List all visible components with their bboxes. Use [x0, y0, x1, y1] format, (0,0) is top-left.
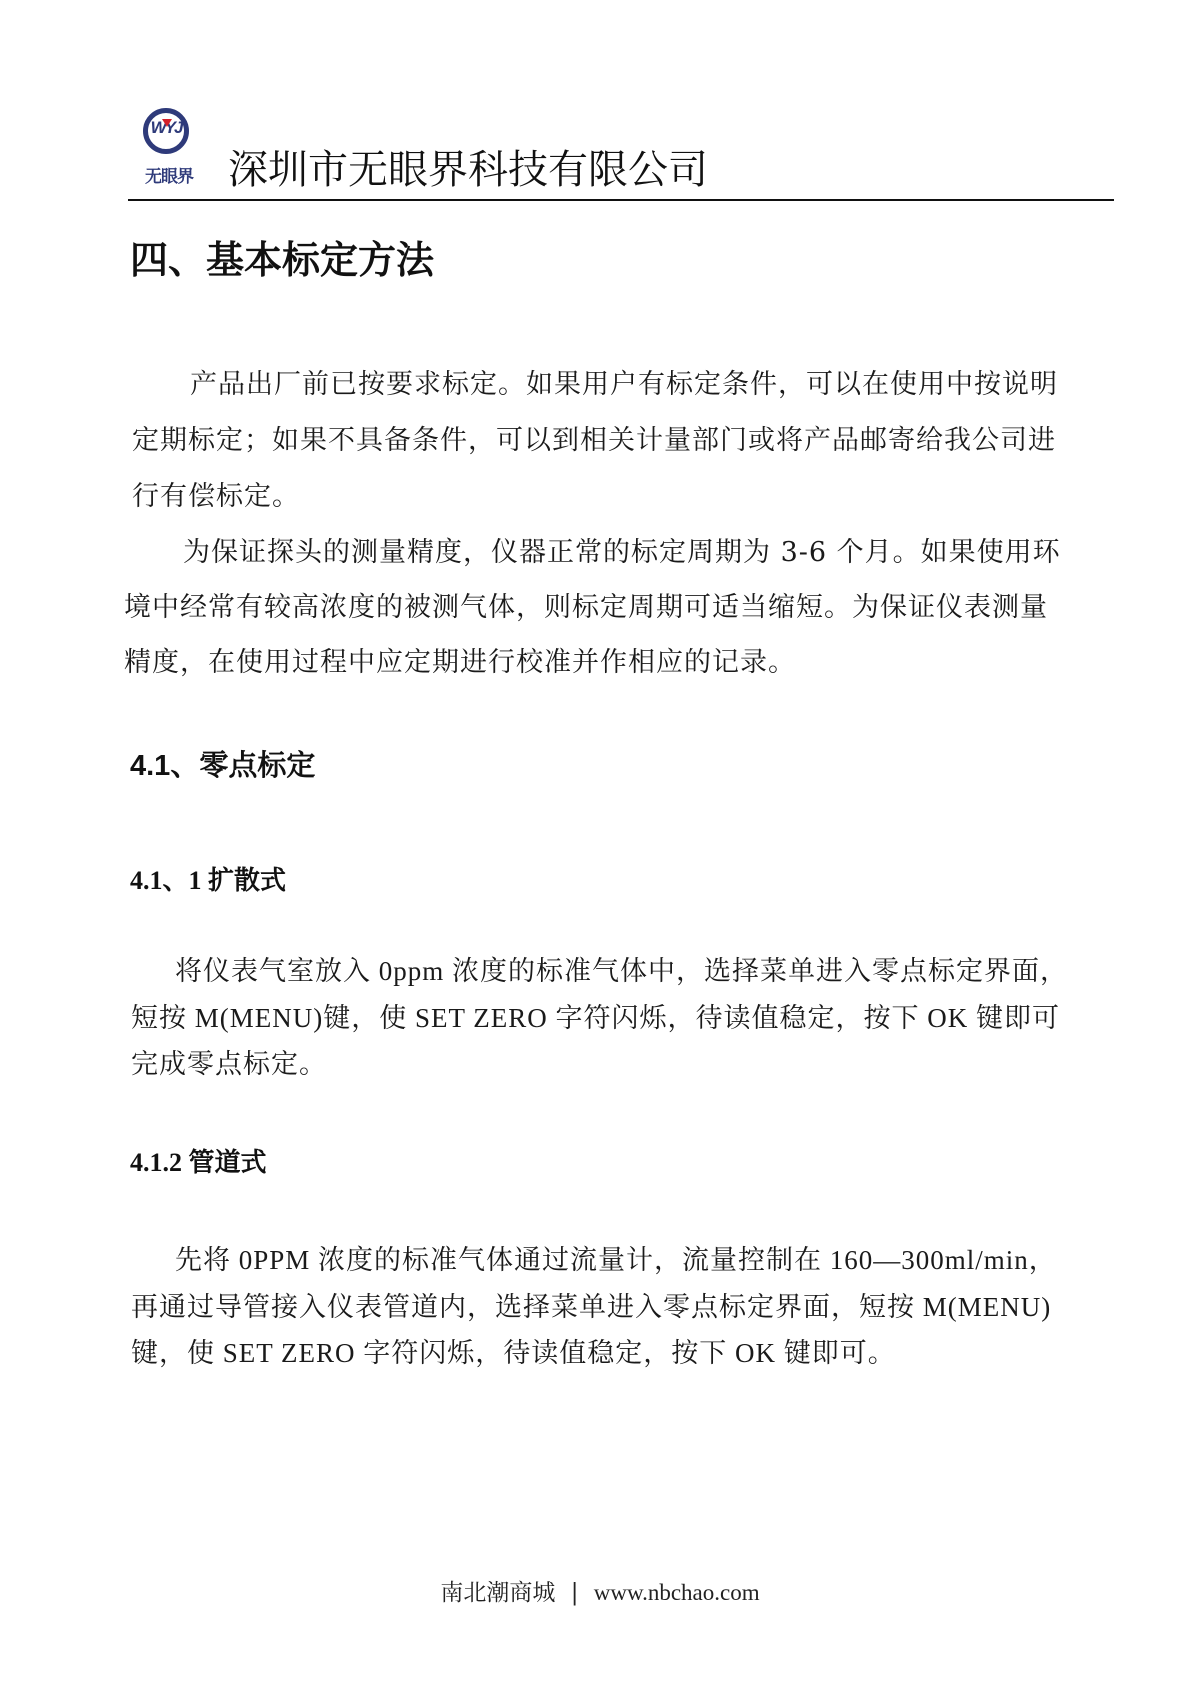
company-name: 深圳市无眼界科技有限公司	[228, 146, 708, 194]
paragraph-line: 为保证探头的测量精度，仪器正常的标定周期为 3-6 个月。如果使用环	[183, 536, 1061, 570]
paragraph-line: 完成零点标定。	[131, 1047, 327, 1081]
paragraph-line: 键，使 SET ZERO 字符闪烁，待读值稳定，按下 OK 键即可。	[131, 1336, 896, 1370]
paragraph-line: 境中经常有较高浓度的被测气体，则标定周期可适当缩短。为保证仪表测量	[124, 591, 1048, 625]
paragraph-line: 精度，在使用过程中应定期进行校准并作相应的记录。	[124, 646, 796, 680]
paragraph-line: 产品出厂前已按要求标定。如果用户有标定条件，可以在使用中按说明	[190, 368, 1058, 402]
footer-url-link[interactable]: www.nbchao.com	[594, 1580, 760, 1605]
logo-triangle-icon	[162, 119, 172, 127]
subsubsection-title-pipeline: 4.1.2 管道式	[130, 1147, 267, 1179]
section-title: 四、基本标定方法	[130, 236, 434, 284]
subsubsection-title-diffusion: 4.1、1 扩散式	[130, 865, 286, 897]
paragraph-line: 短按 M(MENU)键，使 SET ZERO 字符闪烁，待读值稳定，按下 OK …	[131, 1001, 1060, 1035]
paragraph-line: 再通过导管接入仪表管道内，选择菜单进入零点标定界面，短按 M(MENU)	[131, 1290, 1051, 1324]
paragraph-line: 先将 0PPM 浓度的标准气体通过流量计，流量控制在 160—300ml/min…	[175, 1243, 1057, 1277]
logo-brand-text: 无眼界	[138, 162, 200, 187]
footer-separator: |	[571, 1580, 579, 1606]
paragraph-line: 定期标定；如果不具备条件，可以到相关计量部门或将产品邮寄给我公司进	[132, 424, 1056, 458]
subsection-title: 4.1、零点标定	[130, 748, 315, 784]
page-footer: 南北潮商城 | www.nbchao.com	[0, 1578, 1200, 1608]
company-logo: WYJ 无眼界	[138, 108, 198, 192]
paragraph-line: 将仪表气室放入 0ppm 浓度的标准气体中，选择菜单进入零点标定界面，	[175, 954, 1068, 988]
header-divider	[128, 199, 1114, 201]
paragraph-line: 行有偿标定。	[132, 480, 300, 514]
footer-site-name: 南北潮商城	[440, 1580, 555, 1606]
